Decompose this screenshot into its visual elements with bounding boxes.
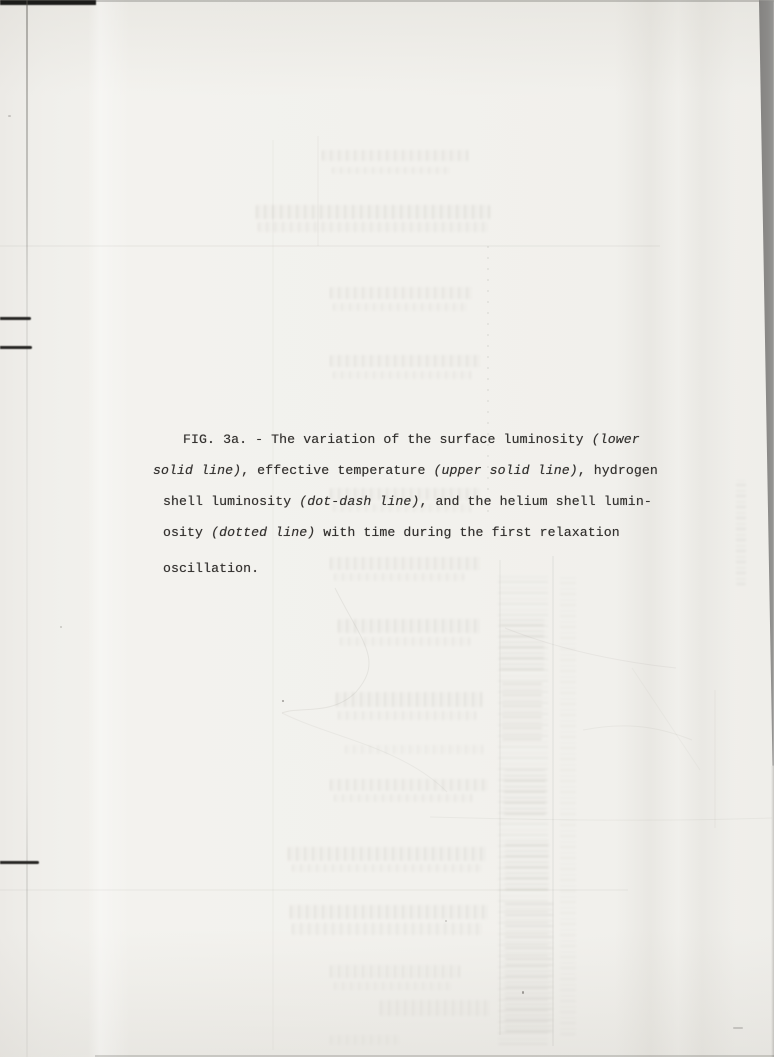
ghost-text-row xyxy=(292,864,482,872)
ghost-smudge-column xyxy=(505,962,553,1032)
ghost-text-row xyxy=(288,847,488,861)
ghost-smudge-column xyxy=(500,615,544,670)
caption-italic-text: (lower xyxy=(592,432,640,447)
paper-speck xyxy=(8,115,11,117)
scan-top-left-dark-bar xyxy=(0,0,96,5)
ghost-text-row xyxy=(330,779,487,791)
caption-line: oscillation. xyxy=(163,553,703,584)
ghost-text-row xyxy=(334,982,454,990)
binding-mark xyxy=(0,861,39,864)
ghost-text-row xyxy=(330,1035,400,1045)
figure-caption: FIG. 3a. - The variation of the surface … xyxy=(163,424,703,584)
caption-text: oscillation. xyxy=(163,561,259,576)
caption-italic-text: (dot-dash line) xyxy=(299,494,419,509)
ghost-smudge-column xyxy=(505,900,553,960)
ghost-text-row xyxy=(330,355,480,367)
caption-text: shell luminosity xyxy=(163,494,299,509)
caption-line: FIG. 3a. - The variation of the surface … xyxy=(163,424,703,455)
ghost-text-row xyxy=(333,371,473,379)
ghost-smudge-column xyxy=(502,680,542,740)
ghost-text-row xyxy=(338,711,476,720)
ghost-text-row xyxy=(292,923,484,935)
caption-text: with time during the first relaxation xyxy=(315,525,620,540)
ghost-pencil-note-smudge xyxy=(736,480,746,585)
scanned-page: FIG. 3a. - The variation of the surface … xyxy=(0,0,774,1057)
caption-text: , effective temperature xyxy=(241,463,433,478)
caption-italic-text: (upper solid line) xyxy=(434,463,578,478)
ghost-text-row xyxy=(330,965,460,978)
ghost-text-row xyxy=(322,150,470,161)
ghost-text-row xyxy=(333,303,468,311)
paper-speck xyxy=(60,626,62,628)
ghost-text-row xyxy=(332,167,450,174)
ghost-text-row xyxy=(380,1000,490,1016)
paper-speck xyxy=(522,991,524,994)
scanner-edge-strip xyxy=(756,0,774,766)
ghost-smudge-column xyxy=(504,770,546,815)
ghost-text-row xyxy=(340,637,470,646)
paper-speck xyxy=(733,1027,743,1029)
ghost-text-row xyxy=(345,745,485,754)
binding-mark xyxy=(0,346,32,349)
ghost-text-row xyxy=(330,287,473,299)
ghost-text-row xyxy=(336,692,484,707)
caption-text: , and the helium shell lumin- xyxy=(419,494,651,509)
ghost-text-row xyxy=(290,905,488,919)
caption-text: osity xyxy=(163,525,211,540)
caption-line: solid line), effective temperature (uppe… xyxy=(153,455,703,486)
ghost-smudge-column xyxy=(505,840,549,890)
caption-line: osity (dotted line) with time during the… xyxy=(163,517,703,548)
ghost-text-row xyxy=(256,205,490,219)
caption-italic-text: (dotted line) xyxy=(211,525,315,540)
ghost-text-row xyxy=(334,794,474,802)
caption-italic-text: solid line) xyxy=(153,463,241,478)
paper-speck xyxy=(445,920,447,922)
binding-mark xyxy=(0,317,31,320)
page-fold-line xyxy=(26,0,28,1057)
ghost-text-row xyxy=(338,619,481,633)
caption-text: , hydrogen xyxy=(578,463,658,478)
paper-speck xyxy=(282,700,284,702)
caption-text: FIG. 3a. - The variation of the surface … xyxy=(183,432,592,447)
caption-line: shell luminosity (dot-dash line), and th… xyxy=(163,486,703,517)
scan-top-edge-line xyxy=(0,0,774,2)
ghost-smudge-column xyxy=(560,575,576,1035)
ghost-text-row xyxy=(258,222,488,232)
